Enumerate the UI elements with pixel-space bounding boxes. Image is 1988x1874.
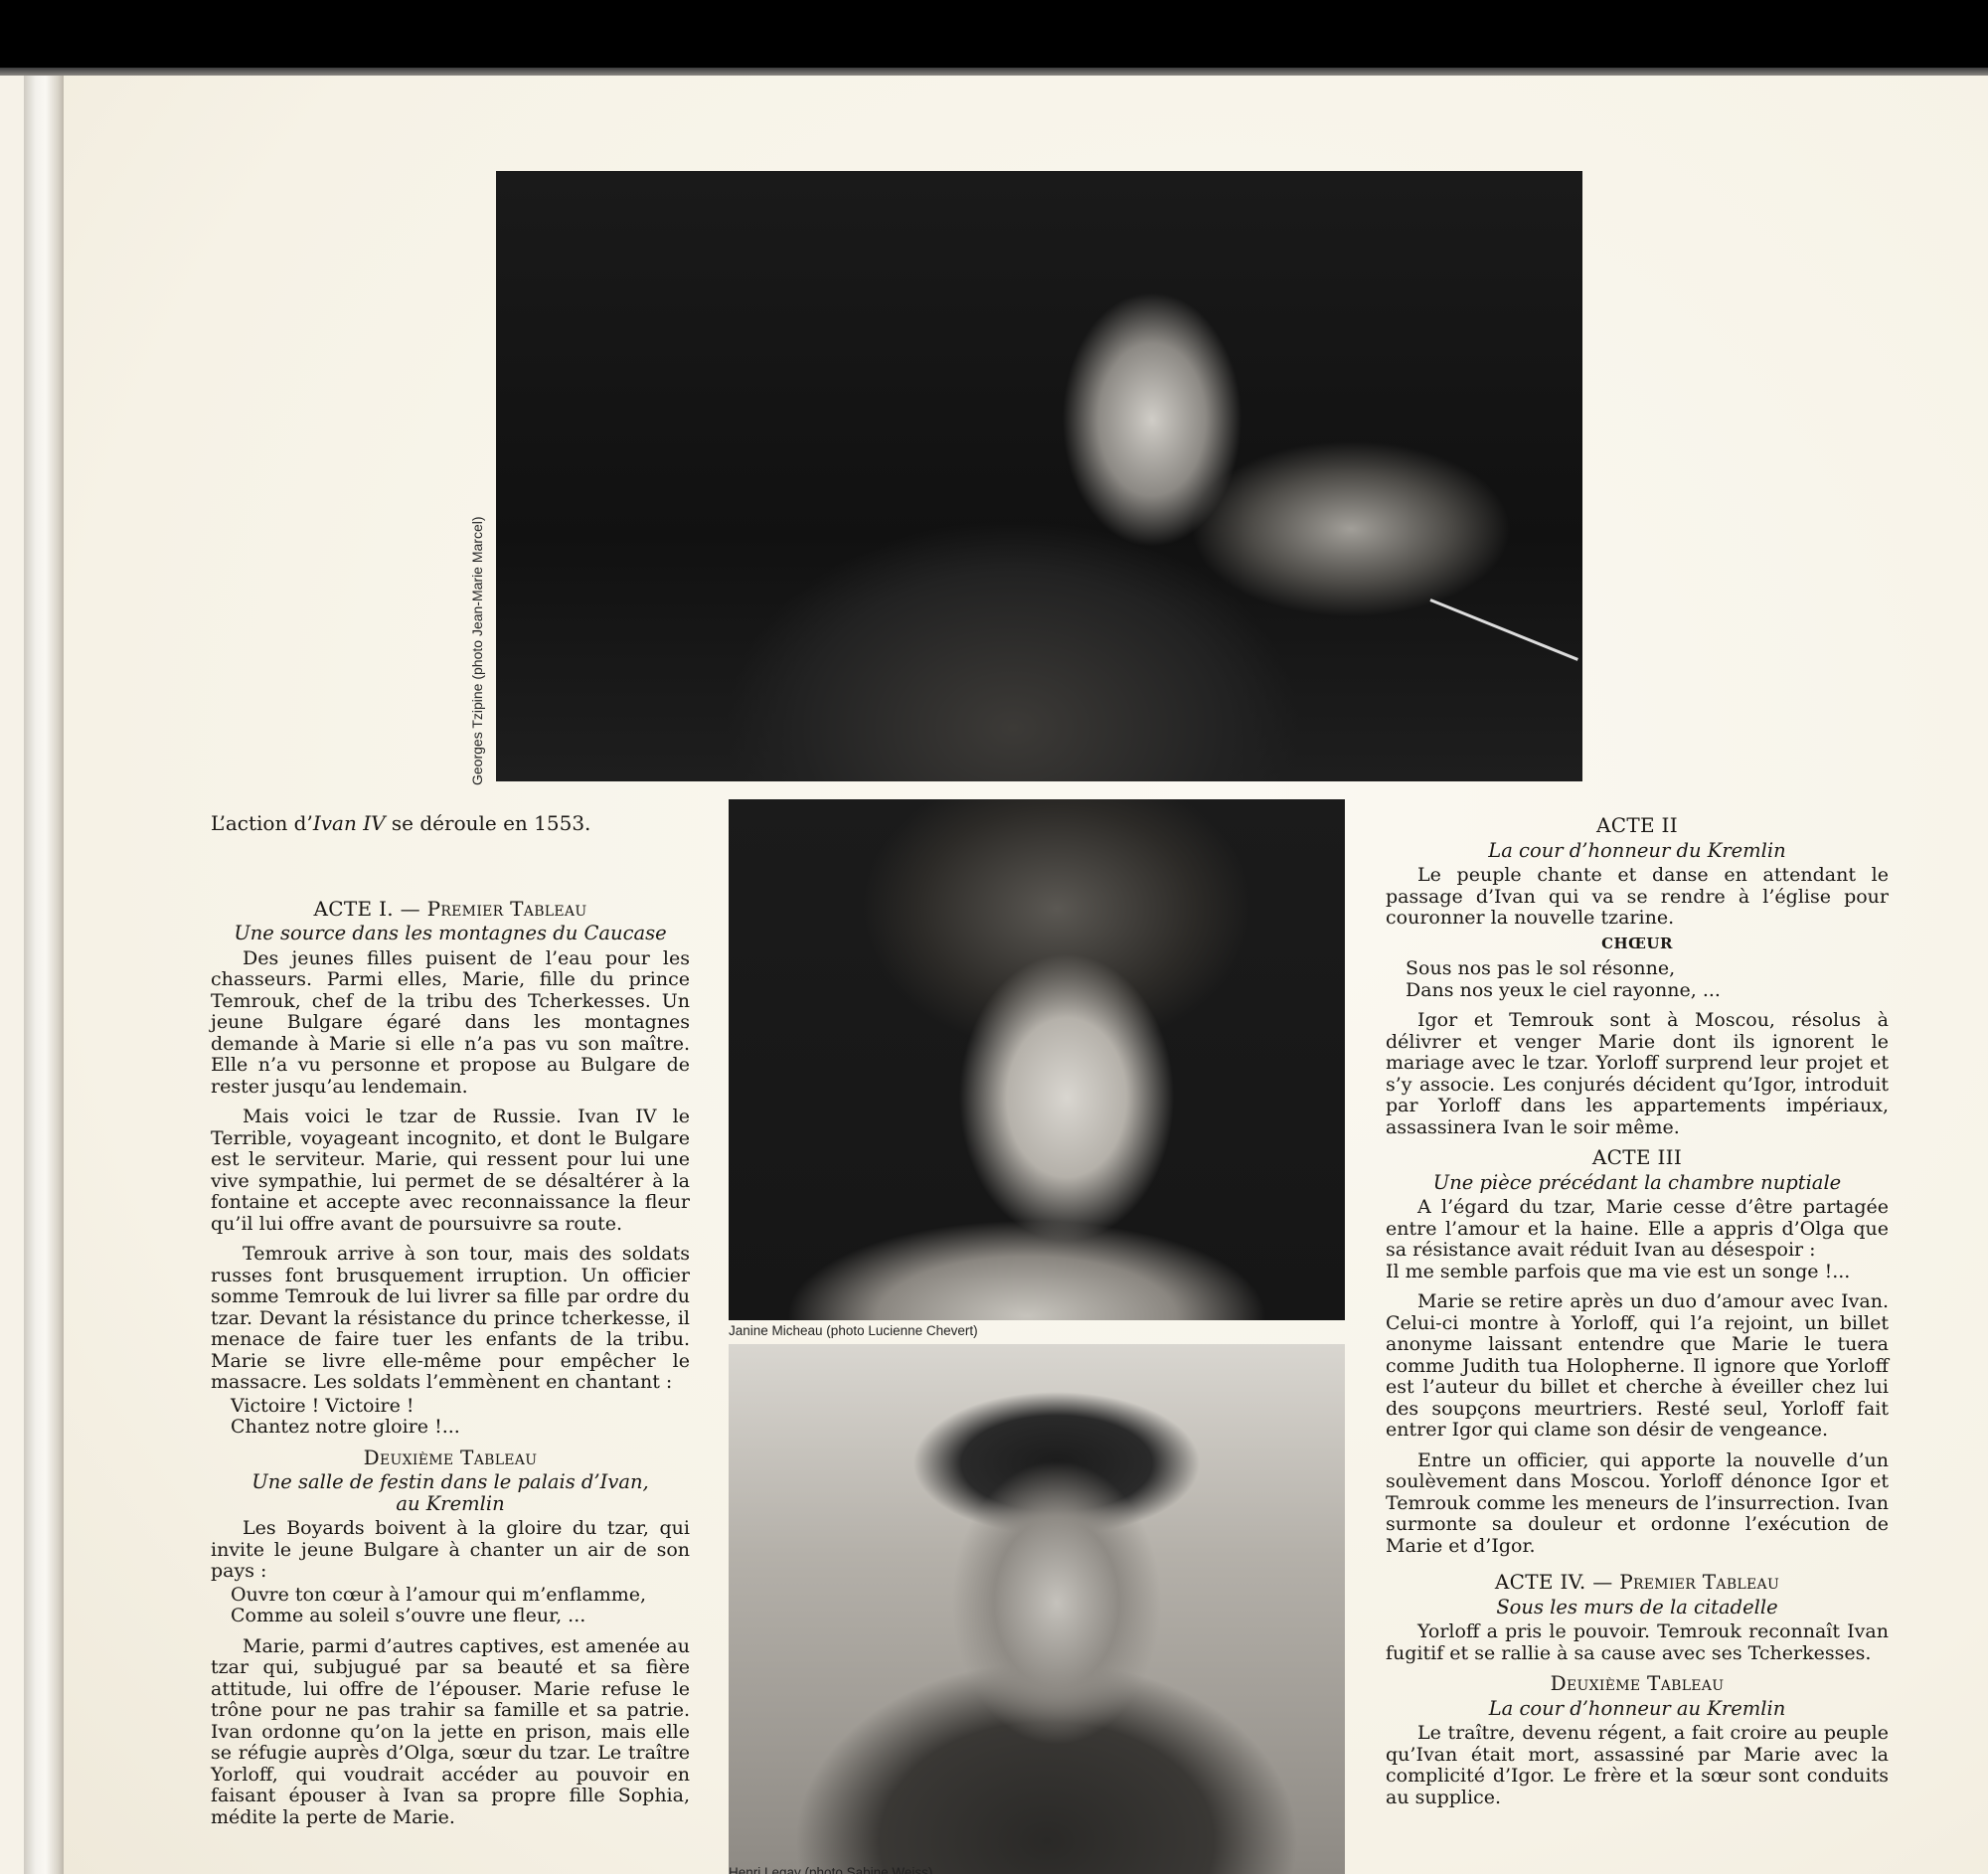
- act4-paragraph: Le traître, devenu régent, a fait croire…: [1386, 1723, 1889, 1808]
- verse-line: Victoire ! Victoire !: [231, 1396, 690, 1418]
- verse-line: Sous nos pas le sol résonne,: [1406, 958, 1889, 980]
- act1-paragraph: Mais voici le tzar de Russie. Ivan IV le…: [211, 1107, 690, 1235]
- tableau2-verse: Ouvre ton cœur à l’amour qui m’enflamme,…: [231, 1585, 690, 1627]
- tableau2-paragraph: Les Boyards boivent à la gloire du tzar,…: [211, 1518, 690, 1583]
- act2-paragraph: Le peuple chante et danse en attendant l…: [1386, 865, 1889, 930]
- photo-soprano: [729, 799, 1345, 1320]
- act1-scene: Une source dans les montagnes du Caucase: [211, 923, 690, 944]
- act4-tableau2-heading: Deuxième Tableau: [1386, 1673, 1889, 1695]
- act1-heading-label: ACTE I. —: [314, 897, 427, 921]
- scene-line: au Kremlin: [211, 1493, 690, 1515]
- left-text-column: L’action d’Ivan IV se déroule en 1553. A…: [211, 813, 690, 1837]
- right-text-column: ACTE II La cour d’honneur du Kremlin Le …: [1386, 815, 1889, 1817]
- verse-line: Ouvre ton cœur à l’amour qui m’enflamme,: [231, 1585, 690, 1607]
- act1-tableau2-heading: Deuxième Tableau: [211, 1448, 690, 1469]
- act3-quote: Il me semble parfois que ma vie est un s…: [1386, 1262, 1889, 1283]
- act3-scene: Une pièce précédant la chambre nuptiale: [1386, 1172, 1889, 1194]
- act1-tableau-label: Premier Tableau: [427, 897, 587, 921]
- act3-paragraph: Marie se retire après un duo d’amour ave…: [1386, 1291, 1889, 1442]
- act3-paragraph: A l’égard du tzar, Marie cesse d’être pa…: [1386, 1197, 1889, 1262]
- photo-tenor: [729, 1344, 1345, 1874]
- act1-paragraph: Temrouk arrive à son tour, mais des sold…: [211, 1244, 690, 1394]
- act4-scene: Sous les murs de la citadelle: [1386, 1597, 1889, 1618]
- intro-title: Ivan IV: [313, 811, 386, 835]
- act1-paragraph: Des jeunes filles puisent de l’eau pour …: [211, 948, 690, 1099]
- act1-verse: Victoire ! Victoire ! Chantez notre gloi…: [231, 1396, 690, 1439]
- act4-heading: ACTE IV. — Premier Tableau: [1386, 1572, 1889, 1594]
- act4-tableau-label: Premier Tableau: [1619, 1570, 1779, 1594]
- book-spine-fold: [24, 76, 64, 1874]
- conductor-baton: [1429, 598, 1577, 661]
- act2-verse: Sous nos pas le sol résonne, Dans nos ye…: [1406, 958, 1889, 1001]
- act3-heading: ACTE III: [1386, 1147, 1889, 1169]
- act4-heading-label: ACTE IV. —: [1495, 1570, 1619, 1594]
- photo-caption-soprano: Janine Micheau (photo Lucienne Chevert): [729, 1323, 978, 1338]
- photo-conductor: [496, 171, 1582, 781]
- verse-line: Dans nos yeux le ciel rayonne, ...: [1406, 980, 1889, 1002]
- photo-credit-conductor: Georges Tzipine (photo Jean-Marie Marcel…: [469, 487, 485, 785]
- photo-caption-tenor: Henri Legay (photo Sabine Weiss): [729, 1865, 932, 1874]
- intro-prefix: L’action d’: [211, 811, 313, 835]
- page-top-edge: [0, 68, 1988, 76]
- act1-heading: ACTE I. — Premier Tableau: [211, 899, 690, 921]
- chorus-label: CHŒUR: [1386, 934, 1889, 955]
- intro-line: L’action d’Ivan IV se déroule en 1553.: [211, 813, 690, 835]
- verse-line: Comme au soleil s’ouvre une fleur, ...: [231, 1606, 690, 1627]
- scan-top-border: [0, 0, 1988, 70]
- act2-paragraph: Igor et Temrouk sont à Moscou, résolus à…: [1386, 1010, 1889, 1138]
- act1-tableau2-scene: Une salle de festin dans le palais d’Iva…: [211, 1471, 690, 1514]
- tableau2-paragraph: Marie, parmi d’autres captives, est amen…: [211, 1636, 690, 1829]
- act2-heading: ACTE II: [1386, 815, 1889, 837]
- act2-scene: La cour d’honneur du Kremlin: [1386, 840, 1889, 862]
- act4-tableau2-scene: La cour d’honneur au Kremlin: [1386, 1698, 1889, 1720]
- scene-line: Une salle de festin dans le palais d’Iva…: [211, 1471, 690, 1493]
- act4-paragraph: Yorloff a pris le pouvoir. Temrouk recon…: [1386, 1621, 1889, 1664]
- verse-line: Chantez notre gloire !...: [231, 1417, 690, 1439]
- intro-suffix: se déroule en 1553.: [386, 811, 591, 835]
- act3-paragraph: Entre un officier, qui apporte la nouvel…: [1386, 1450, 1889, 1558]
